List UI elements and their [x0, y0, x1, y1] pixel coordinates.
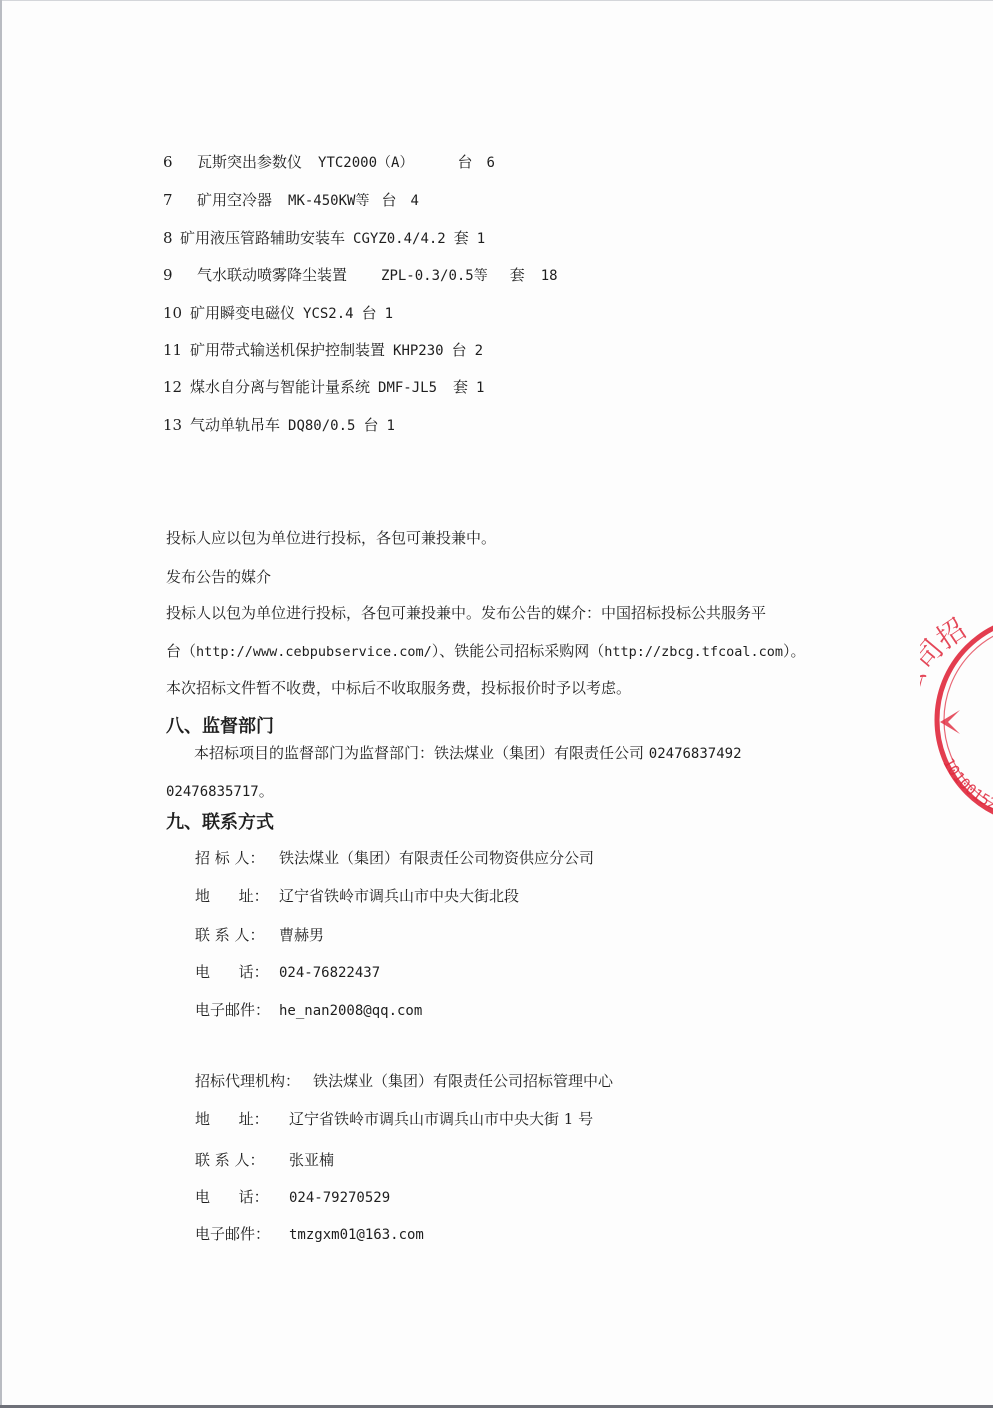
agency-phone-row: 电 话：024-79270529 — [195, 1187, 390, 1208]
item-qty: 1 — [386, 416, 394, 436]
equipment-item: 9气水联动喷雾降尘装置ZPL-0.3/0.5等套18 — [163, 265, 558, 286]
agency-email-label: 电子邮件： — [195, 1224, 289, 1244]
item-qty: 6 — [486, 153, 494, 173]
item-name: 矿用带式输送机保护控制装置 — [190, 340, 385, 360]
tenderer-email[interactable]: he_nan2008@qq.com — [279, 1001, 422, 1021]
agency-org: 铁法煤业（集团）有限责任公司招标管理中心 — [313, 1071, 613, 1091]
supervision-phone-1: 02476837492 — [649, 746, 742, 762]
item-unit: 台 — [452, 340, 467, 360]
item-qty: 1 — [476, 378, 484, 398]
item-qty: 4 — [410, 191, 418, 211]
item-model: YCS2.4 — [303, 304, 354, 324]
item-number: 8 — [163, 228, 180, 248]
media-text-prefix: 台（ — [166, 642, 196, 660]
media-url-tfcoal[interactable]: http://zbcg.tfcoal.com — [604, 644, 783, 660]
seal-icon: 任公司招标 10100152 — [920, 610, 993, 830]
item-unit: 台 — [457, 152, 472, 172]
item-name: 矿用瞬变电磁仪 — [190, 303, 295, 323]
item-model: KHP230 — [393, 341, 444, 361]
agency-address-label: 地 址： — [195, 1109, 289, 1129]
item-unit: 台 — [381, 190, 396, 210]
supervision-text-end: 。 — [259, 782, 274, 800]
agency-address: 辽宁省铁岭市调兵山市调兵山市中央大街 1 号 — [289, 1109, 593, 1129]
item-name: 气水联动喷雾降尘装置 — [197, 265, 347, 285]
item-model: DMF-JL5 — [378, 378, 437, 398]
tenderer-contact-label: 联 系 人： — [195, 925, 279, 945]
tenderer-org: 铁法煤业（集团）有限责任公司物资供应分公司 — [279, 848, 594, 868]
tenderer-contact: 曹赫男 — [279, 925, 324, 945]
agency-email-row: 电子邮件：tmzgxm01@163.com — [195, 1224, 424, 1245]
tenderer-address-label: 地 址： — [195, 886, 279, 906]
media-text-suffix: ）。 — [783, 642, 806, 660]
item-unit: 台 — [363, 415, 378, 435]
agency-phone-label: 电 话： — [195, 1187, 289, 1207]
svg-text:10100152: 10100152 — [939, 755, 993, 814]
seal-text: 任公司招标 — [920, 610, 972, 726]
agency-org-row: 招标代理机构：铁法煤业（集团）有限责任公司招标管理中心 — [195, 1071, 613, 1091]
media-title: 发布公告的媒介 — [166, 567, 271, 587]
item-qty: 18 — [541, 266, 558, 286]
media-text-mid: ）、铁能公司招标采购网（ — [432, 642, 605, 660]
item-model: ZPL-0.3/0.5等 — [381, 266, 488, 286]
item-number: 9 — [163, 265, 197, 285]
tenderer-email-label: 电子邮件： — [195, 1000, 279, 1020]
company-seal-stamp: 任公司招标 10100152 — [920, 610, 993, 830]
item-number: 10 — [163, 303, 190, 323]
supervision-phone-2: 02476835717 — [166, 784, 259, 800]
item-name: 矿用液压管路辅助安装车 — [180, 228, 345, 248]
item-name: 煤水自分离与智能计量系统 — [190, 377, 370, 397]
item-model: DQ80/0.5 — [288, 416, 355, 436]
equipment-item: 11矿用带式输送机保护控制装置KHP230台2 — [163, 340, 483, 361]
tenderer-address: 辽宁省铁岭市调兵山市中央大街北段 — [279, 886, 519, 906]
tenderer-phone-label: 电 话： — [195, 962, 279, 982]
item-model: CGYZ0.4/4.2 — [353, 229, 446, 249]
agency-contact: 张亚楠 — [289, 1150, 334, 1170]
item-name: 瓦斯突出参数仪 — [197, 152, 302, 172]
agency-contact-label: 联 系 人： — [195, 1150, 289, 1170]
tenderer-org-row: 招 标 人：铁法煤业（集团）有限责任公司物资供应分公司 — [195, 848, 594, 868]
tenderer-phone: 024-76822437 — [279, 963, 380, 983]
agency-contact-row: 联 系 人：张亚楠 — [195, 1150, 334, 1170]
tenderer-email-row: 电子邮件：he_nan2008@qq.com — [195, 1000, 422, 1021]
seal-code: 10100152 — [939, 755, 993, 814]
item-name: 气动单轨吊车 — [190, 415, 280, 435]
agency-phone: 024-79270529 — [289, 1188, 390, 1208]
tenderer-org-label: 招 标 人： — [195, 848, 279, 868]
item-number: 7 — [163, 190, 197, 210]
fee-note: 本次招标文件暂不收费，中标后不收取服务费，投标报价时予以考虑。 — [166, 678, 631, 698]
item-number: 12 — [163, 377, 190, 397]
equipment-item: 7矿用空冷器MK-450KW等台4 — [163, 190, 419, 211]
item-unit: 套 — [510, 265, 525, 285]
item-number: 13 — [163, 415, 190, 435]
item-unit: 套 — [454, 228, 469, 248]
agency-email[interactable]: tmzgxm01@163.com — [289, 1225, 424, 1245]
tenderer-contact-row: 联 系 人：曹赫男 — [195, 925, 324, 945]
svg-text:任公司招标: 任公司招标 — [920, 610, 972, 726]
page-edge-top — [0, 0, 993, 1]
section-9-heading: 九、联系方式 — [166, 812, 274, 834]
tenderer-phone-row: 电 话：024-76822437 — [195, 962, 380, 983]
equipment-item: 12煤水自分离与智能计量系统DMF-JL5套1 — [163, 377, 484, 398]
equipment-item: 10矿用瞬变电磁仪YCS2.4台1 — [163, 303, 393, 324]
equipment-item: 13气动单轨吊车DQ80/0.5台1 — [163, 415, 395, 436]
item-model: MK-450KW等 — [288, 191, 369, 211]
package-note: 投标人应以包为单位进行投标，各包可兼投兼中。 — [166, 528, 496, 548]
equipment-item: 6瓦斯突出参数仪YTC2000（A）台6 — [163, 152, 495, 173]
item-unit: 台 — [362, 303, 377, 323]
media-text-line-1: 投标人以包为单位进行投标，各包可兼投兼中。发布公告的媒介：中国招标投标公共服务平 — [166, 603, 766, 623]
item-qty: 1 — [477, 229, 485, 249]
item-name: 矿用空冷器 — [197, 190, 272, 210]
item-number: 11 — [163, 340, 190, 360]
section-8-heading: 八、监督部门 — [166, 716, 274, 738]
supervision-org: 本招标项目的监督部门为监督部门：铁法煤业（集团）有限责任公司 — [194, 744, 649, 762]
agency-address-row: 地 址：辽宁省铁岭市调兵山市调兵山市中央大街 1 号 — [195, 1109, 593, 1129]
item-model: YTC2000（A） — [318, 153, 413, 173]
media-url-cebpubservice[interactable]: http://www.cebpubservice.com/ — [196, 644, 432, 660]
item-qty: 1 — [385, 304, 393, 324]
supervision-text-cont: 02476835717。 — [166, 781, 274, 802]
agency-org-label: 招标代理机构： — [195, 1071, 313, 1091]
item-qty: 2 — [475, 341, 483, 361]
item-unit: 套 — [453, 377, 468, 397]
tenderer-address-row: 地 址：辽宁省铁岭市调兵山市中央大街北段 — [195, 886, 519, 906]
item-number: 6 — [163, 152, 197, 172]
page-edge-left — [0, 0, 2, 1408]
equipment-item: 8矿用液压管路辅助安装车CGYZ0.4/4.2套1 — [163, 228, 485, 249]
supervision-text: 本招标项目的监督部门为监督部门：铁法煤业（集团）有限责任公司 024768374… — [194, 743, 742, 764]
media-text-line-2: 台（http://www.cebpubservice.com/）、铁能公司招标采… — [166, 641, 806, 662]
